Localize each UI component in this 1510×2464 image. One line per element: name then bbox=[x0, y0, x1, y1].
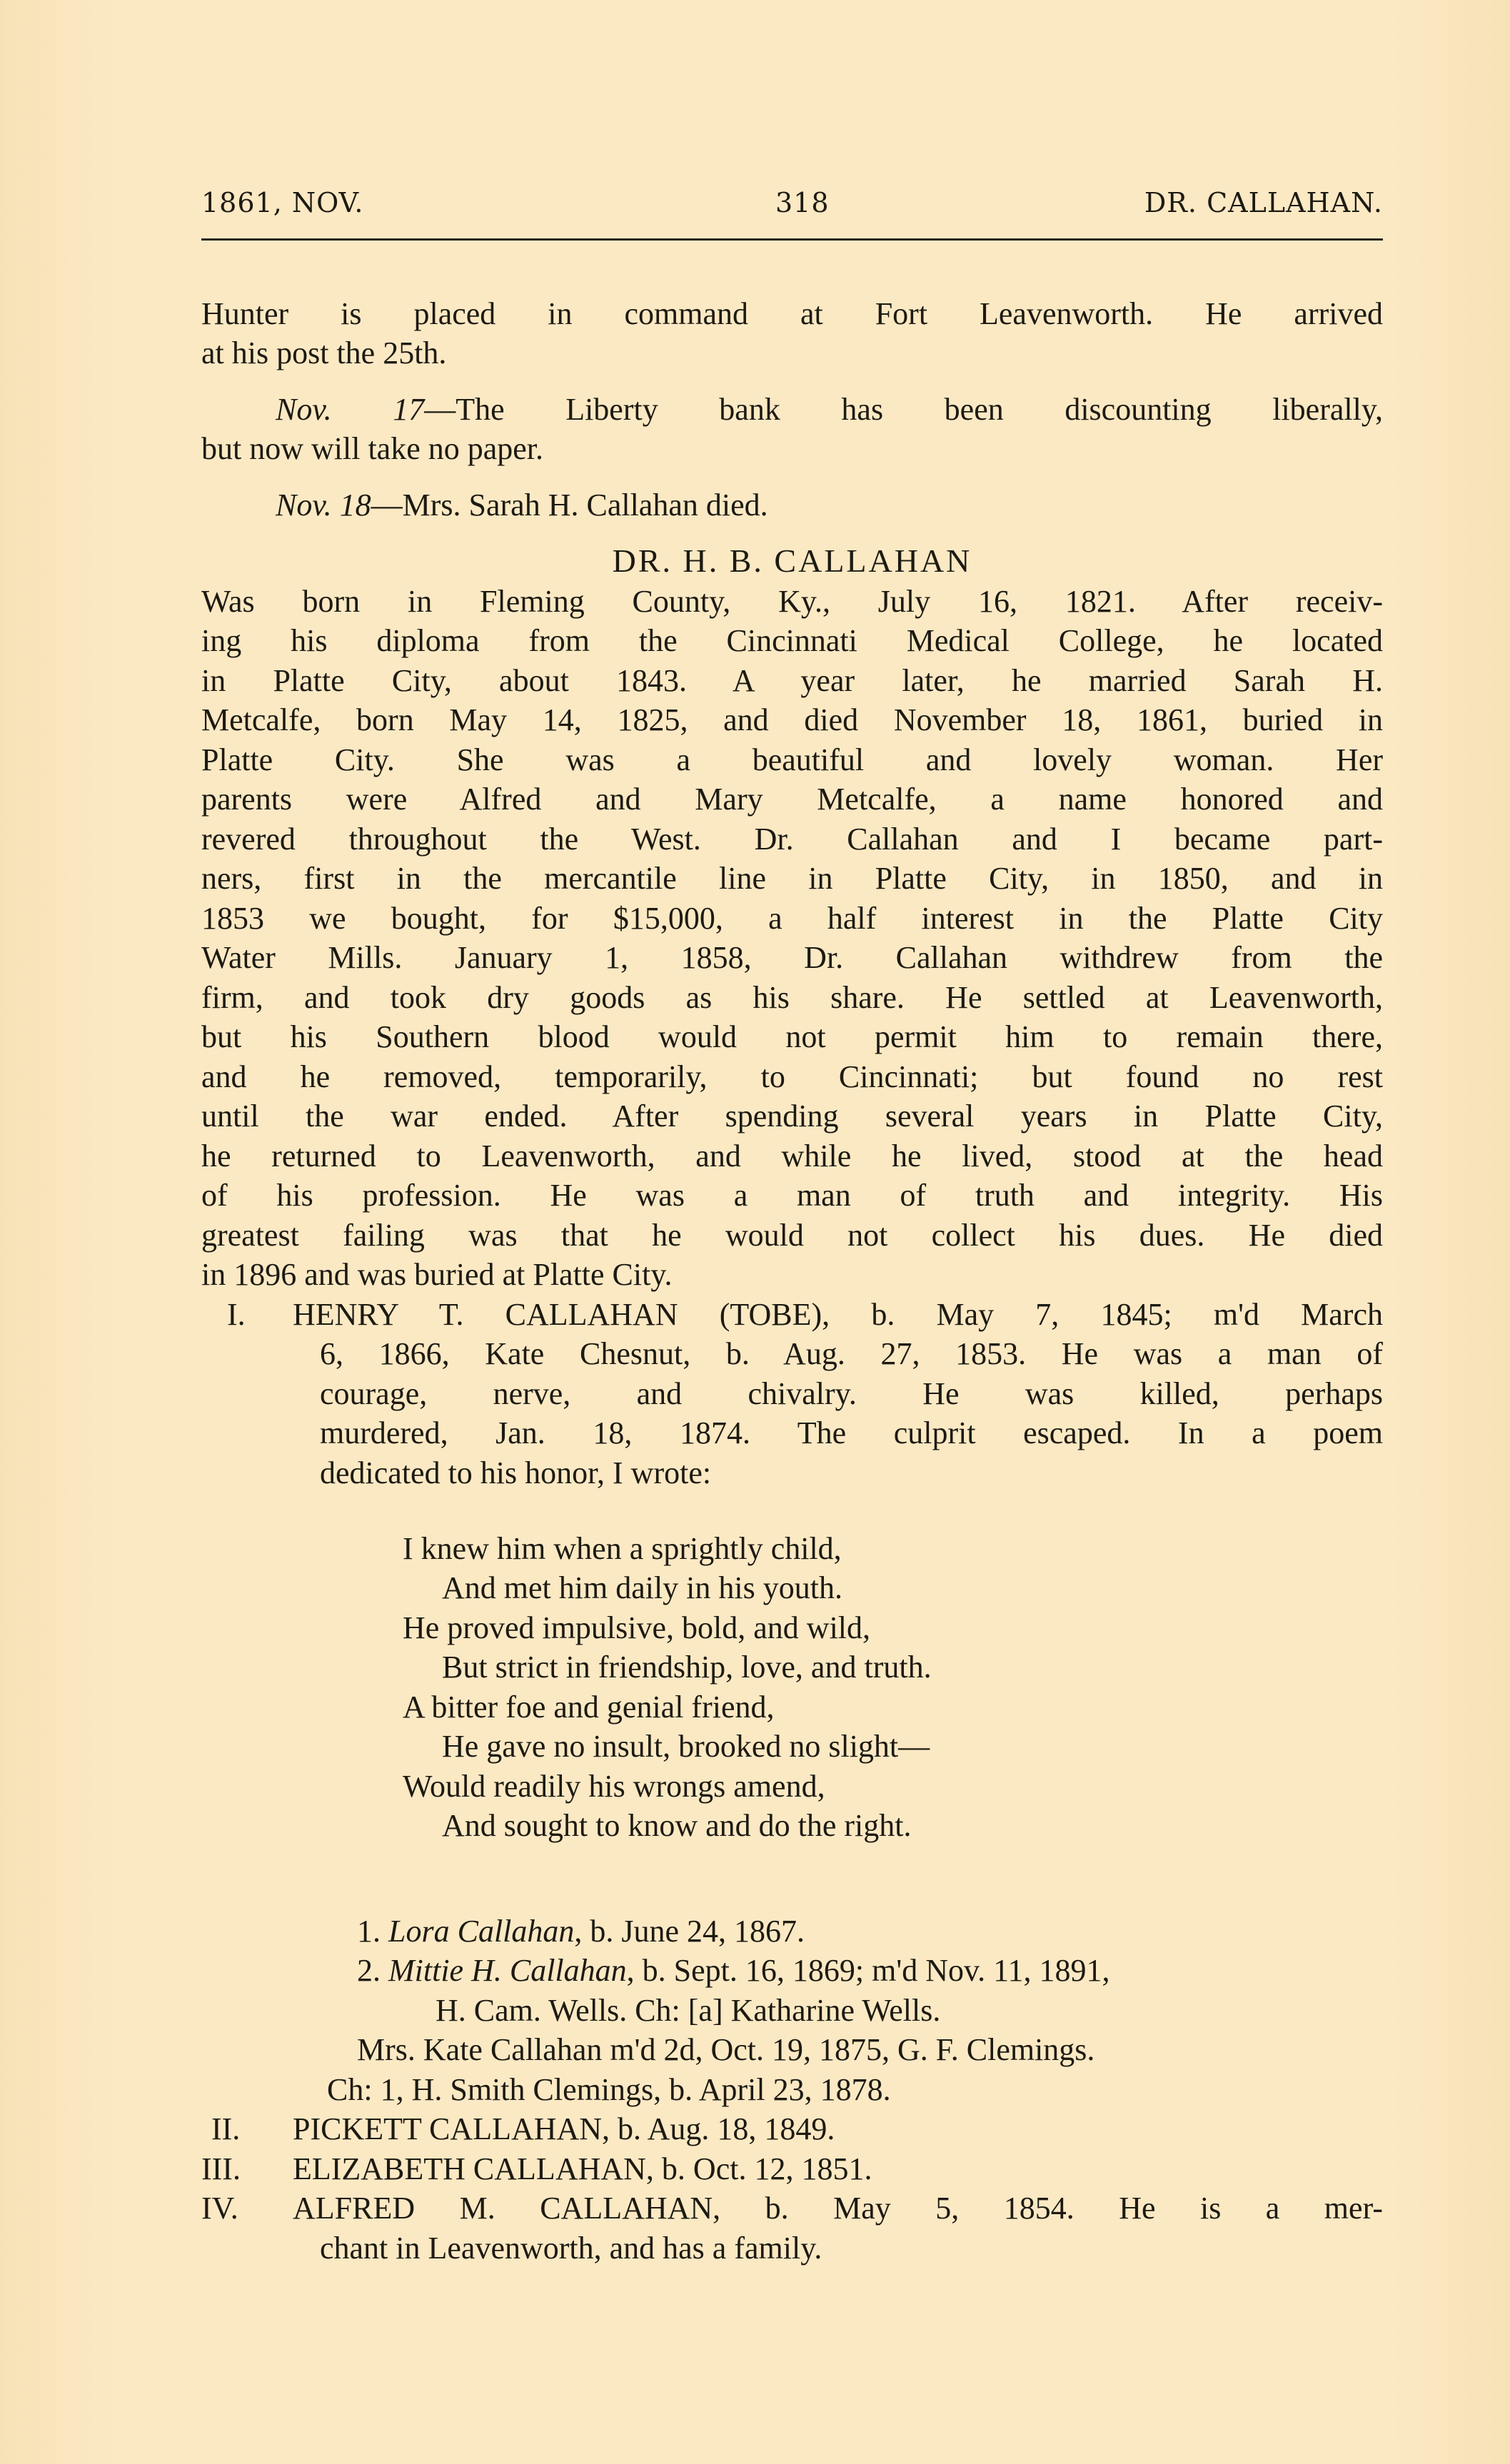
entry-nov-17: Nov. 17—The Liberty bank has been discou… bbox=[276, 390, 1383, 430]
bio-line: Was born in Fleming County, Ky., July 16… bbox=[201, 582, 1383, 622]
child-entry-cont: chant in Leavenworth, and has a family. bbox=[320, 2228, 1501, 2268]
child-entry-cont: courage, nerve, and chivalry. He was kil… bbox=[320, 1374, 1383, 1414]
person-name: Lora Callahan bbox=[388, 1914, 574, 1949]
entry-nov-17-cont: but now will take no paper. bbox=[201, 429, 1383, 469]
entry-text: —The Liberty bank has been discounting l… bbox=[424, 392, 1383, 427]
entry-date: Nov. 17 bbox=[276, 392, 424, 427]
child-entry-henry: HENRY T. CALLAHAN (TOBE), b. May 7, 1845… bbox=[293, 1295, 1383, 1335]
item-text: , b. June 24, 1867. bbox=[574, 1914, 805, 1949]
poem-line: He gave no insult, brooked no slight— bbox=[442, 1727, 1510, 1767]
bio-line: ners, first in the mercantile line in Pl… bbox=[201, 859, 1383, 899]
child-numeral: IV. bbox=[201, 2188, 280, 2228]
child-numeral: III. bbox=[201, 2149, 280, 2189]
bio-line: Water Mills. January 1, 1858, Dr. Callah… bbox=[201, 938, 1383, 978]
grandchild-mittie: 2. Mittie H. Callahan, b. Sept. 16, 1869… bbox=[357, 1951, 1383, 1991]
bio-line: of his profession. He was a man of truth… bbox=[201, 1176, 1383, 1216]
child-entry-cont: murdered, Jan. 18, 1874. The culprit esc… bbox=[320, 1413, 1383, 1453]
item-number: 1. bbox=[357, 1914, 381, 1949]
person-name: Mittie H. Callahan bbox=[388, 1953, 627, 1988]
bio-line: but his Southern blood would not permit … bbox=[201, 1017, 1383, 1057]
remarriage-note: Mrs. Kate Callahan m'd 2d, Oct. 19, 1875… bbox=[357, 2030, 1510, 2070]
child-entry-alfred: ALFRED M. CALLAHAN, b. May 5, 1854. He i… bbox=[293, 2188, 1383, 2228]
bio-line: he returned to Leavenworth, and while he… bbox=[201, 1136, 1383, 1176]
intro-line-1: Hunter is placed in command at Fort Leav… bbox=[201, 294, 1383, 334]
child-entry-cont: 6, 1866, Kate Chesnut, b. Aug. 27, 1853.… bbox=[320, 1334, 1383, 1374]
child-entry-pickett: PICKETT CALLAHAN, b. Aug. 18, 1849. bbox=[293, 2109, 1474, 2149]
bio-line: greatest failing was that he would not c… bbox=[201, 1216, 1383, 1256]
bio-line: and he removed, temporarily, to Cincinna… bbox=[201, 1057, 1383, 1097]
bio-line: in Platte City, about 1843. A year later… bbox=[201, 661, 1383, 701]
poem-line: He proved impulsive, bold, and wild, bbox=[403, 1608, 1510, 1648]
entry-text: —Mrs. Sarah H. Callahan died. bbox=[371, 488, 768, 522]
poem-line: And met him daily in his youth. bbox=[442, 1568, 1510, 1608]
running-head: 1861, NOV. 318 DR. CALLAHAN. bbox=[201, 187, 1383, 223]
child-entry-cont: dedicated to his honor, I wrote: bbox=[320, 1453, 1383, 1493]
bio-line: revered throughout the West. Dr. Callaha… bbox=[201, 819, 1383, 859]
child-numeral: I. bbox=[227, 1295, 284, 1335]
bio-line: ing his diploma from the Cincinnati Medi… bbox=[201, 621, 1383, 661]
bio-line: parents were Alfred and Mary Metcalfe, a… bbox=[201, 779, 1383, 819]
bio-line: until the war ended. After spending seve… bbox=[201, 1096, 1383, 1136]
running-head-date: 1861, NOV. bbox=[201, 187, 363, 218]
intro-line-2: at his post the 25th. bbox=[201, 333, 1383, 373]
entry-nov-18: Nov. 18—Mrs. Sarah H. Callahan died. bbox=[276, 485, 1383, 525]
item-text: , b. Sept. 16, 1869; m'd Nov. 11, 1891, bbox=[627, 1953, 1110, 1988]
bio-line: in 1896 and was buried at Platte City. bbox=[201, 1255, 1383, 1295]
page-number: 318 bbox=[775, 187, 830, 218]
child-entry-elizabeth: ELIZABETH CALLAHAN, b. Oct. 12, 1851. bbox=[293, 2149, 1474, 2189]
poem-line: Would readily his wrongs amend, bbox=[403, 1767, 1510, 1807]
bio-line: Metcalfe, born May 14, 1825, and died No… bbox=[201, 700, 1383, 740]
entry-date: Nov. 18 bbox=[276, 488, 371, 522]
running-head-title: DR. CALLAHAN. bbox=[1144, 187, 1383, 218]
poem-line: But strict in friendship, love, and trut… bbox=[442, 1647, 1510, 1687]
poem-line: I knew him when a sprightly child, bbox=[403, 1529, 1510, 1569]
grandchild-mittie-cont: H. Cam. Wells. Ch: [a] Katharine Wells. bbox=[436, 1991, 1510, 2031]
clemings-children: Ch: 1, H. Smith Clemings, b. April 23, 1… bbox=[327, 2070, 1509, 2110]
header-rule bbox=[201, 238, 1383, 241]
child-numeral: II. bbox=[211, 2109, 283, 2149]
item-number: 2. bbox=[357, 1953, 381, 1988]
section-heading: DR. H. B. CALLAHAN bbox=[201, 541, 1383, 581]
bio-line: Platte City. She was a beautiful and lov… bbox=[201, 740, 1383, 780]
bio-line: 1853 we bought, for $15,000, a half inte… bbox=[201, 899, 1383, 939]
grandchild-lora: 1. Lora Callahan, b. June 24, 1867. bbox=[357, 1912, 1510, 1951]
poem-line: And sought to know and do the right. bbox=[442, 1806, 1510, 1846]
bio-line: firm, and took dry goods as his share. H… bbox=[201, 978, 1383, 1018]
poem-line: A bitter foe and genial friend, bbox=[403, 1687, 1510, 1727]
